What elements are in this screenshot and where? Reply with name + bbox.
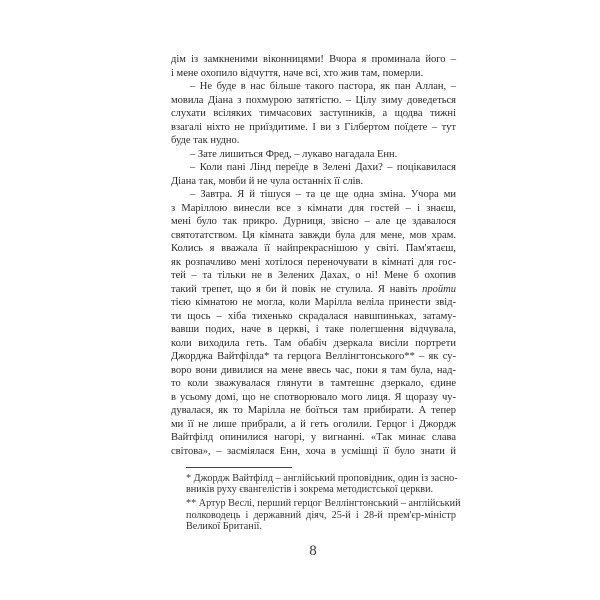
- text-line-content: буде так нудно.: [171, 135, 239, 146]
- text-line: Вайтфілд опинилися нагорі, у вигнанні. «…: [171, 431, 456, 445]
- text-line-content: в усьому домі, що не спотворювало мого л…: [171, 392, 456, 403]
- text-line: такий трепет, що я би й повік не стулила…: [171, 283, 456, 297]
- text-line: в усьому домі, що не спотворювало мого л…: [171, 391, 456, 405]
- footnote-line: ** Артур Веслі, перший герцог Веллінгтон…: [186, 498, 456, 509]
- text-line-content: взагалі ніхто не приїздитиме. І ви з Гіл…: [171, 122, 456, 133]
- text-line-content: Діана так, мовби й не чула останніх її с…: [171, 176, 363, 187]
- text-line: Колись я вважала її найпрекраснішою у св…: [171, 242, 456, 256]
- text-line: мені було так прикро. Дурниця, звісно – …: [171, 215, 456, 229]
- footnote-line: Великої Британії.: [186, 521, 456, 532]
- text-line-content: такий трепет, що я би й повік не стулила…: [171, 284, 417, 295]
- text-line: тей – та тільки не в Зелених Дахах, о ні…: [171, 269, 456, 283]
- text-line: як розпачливо мені хотілося переночувати…: [171, 256, 456, 270]
- text-line: – Завтра. Я й тішуся – та це ще одна змі…: [171, 188, 456, 202]
- book-page: дім із замкненими віконницями! Вчора я п…: [0, 0, 600, 600]
- text-line-content: слухати всіляких тимчасових заступників,…: [171, 108, 456, 119]
- text-line: з Маріллою винесли все з кімнати для гос…: [171, 202, 456, 216]
- text-line-content: тей – та тільки не в Зелених Дахах, о ні…: [171, 270, 456, 281]
- footnote-line: вників руху євангелістів і зокрема метод…: [186, 484, 456, 495]
- footnote-divider: [186, 467, 292, 468]
- footnote-1: * Джордж Вайтфілд – англійський проповід…: [186, 473, 456, 495]
- text-line-content: Джорджа Вайтфілда* та герцога Веллінгтон…: [171, 351, 456, 362]
- text-line: – Коли пані Лінд переїде в Зелені Дахи? …: [171, 161, 456, 175]
- text-line: дім із замкненими віконницями! Вчора я п…: [171, 53, 456, 67]
- text-line-content: ми її не лише прибрали, а й геть оголили…: [171, 419, 456, 430]
- text-line: коли виходила геть. Там обабіч дзеркала …: [171, 337, 456, 351]
- text-line: світова», – засміялася Енн, хоча в усміш…: [171, 445, 456, 459]
- footnote-line: * Джордж Вайтфілд – англійський проповід…: [186, 473, 456, 484]
- text-line-content: світова», – засміялася Енн, хоча в усміш…: [171, 446, 456, 457]
- text-line-content: – Коли пані Лінд переїде в Зелені Дахи? …: [190, 162, 456, 173]
- footnote-line: полководець і державний діяч, 25-й і 28-…: [186, 510, 456, 521]
- body-text: дім із замкненими віконницями! Вчора я п…: [171, 53, 456, 458]
- text-line: святотатством. Ця кімната завжди була дл…: [171, 229, 456, 243]
- text-line-content: ти щось – хіба тихенько скрадалася навшп…: [171, 311, 456, 322]
- text-line: тією кімнатою не могла, коли Марілла вел…: [171, 296, 456, 310]
- text-line: – Не буде в нас більше такого пастора, я…: [171, 80, 456, 94]
- text-line: і мене охопило відчуття, наче всі, хто ж…: [171, 67, 456, 81]
- text-line-content: святотатством. Ця кімната завжди була дл…: [171, 230, 456, 241]
- text-line-content: мені було так прикро. Дурниця, звісно – …: [171, 216, 456, 227]
- text-line: воро вони дивилися на мене ввесь час, по…: [171, 364, 456, 378]
- text-line-content: дім із замкненими віконницями! Вчора я п…: [171, 54, 456, 65]
- text-line: ти щось – хіба тихенько скрадалася навшп…: [171, 310, 456, 324]
- text-line-content: то коли зважувалася глянути в тамтешнє д…: [171, 378, 456, 389]
- text-line-content: – Завтра. Я й тішуся – та це ще одна змі…: [190, 189, 456, 200]
- text-line: то коли зважувалася глянути в тамтешнє д…: [171, 377, 456, 391]
- page-number: 8: [0, 543, 600, 560]
- text-line-content: – Не буде в нас більше такого пастора, я…: [190, 81, 456, 92]
- text-line: мовила Діана з похмурою затятістю. – Ціл…: [171, 94, 456, 108]
- text-line: дувалася, як то Марілла не боїться там п…: [171, 404, 456, 418]
- text-line: ми її не лише прибрали, а й геть оголили…: [171, 418, 456, 432]
- text-line-content: воро вони дивилися на мене ввесь час, по…: [171, 365, 456, 376]
- text-line: буде так нудно.: [171, 134, 456, 148]
- text-line: Діана так, мовби й не чула останніх її с…: [171, 175, 456, 189]
- text-line-content: Колись я вважала її найпрекраснішою у св…: [171, 243, 456, 254]
- text-line-content: з Маріллою винесли все з кімнати для гос…: [171, 203, 456, 214]
- text-line-content: тією кімнатою не могла, коли Марілла вел…: [171, 297, 456, 308]
- text-line-content: коли виходила геть. Там обабіч дзеркала …: [171, 338, 456, 349]
- text-line-content: дувалася, як то Марілла не боїться там п…: [171, 405, 456, 416]
- text-line-content: вавши подих, наче в церкві, і таке полег…: [171, 324, 456, 335]
- text-line: Джорджа Вайтфілда* та герцога Веллінгтон…: [171, 350, 456, 364]
- text-line: слухати всіляких тимчасових заступників,…: [171, 107, 456, 121]
- text-line-content: – Зате лишиться Фред, – лукаво нагадала …: [190, 149, 397, 160]
- text-line: взагалі ніхто не приїздитиме. І ви з Гіл…: [171, 121, 456, 135]
- text-line-content: Вайтфілд опинилися нагорі, у вигнанні. «…: [171, 432, 456, 443]
- footnotes: * Джордж Вайтфілд – англійський проповід…: [186, 473, 456, 535]
- text-line: вавши подих, наче в церкві, і таке полег…: [171, 323, 456, 337]
- text-line-content: мовила Діана з похмурою затятістю. – Ціл…: [171, 95, 456, 106]
- italic-word: пройти: [422, 284, 456, 295]
- footnote-2: ** Артур Веслі, перший герцог Веллінгтон…: [186, 498, 456, 532]
- text-line-content: як розпачливо мені хотілося переночувати…: [171, 257, 456, 268]
- text-line: – Зате лишиться Фред, – лукаво нагадала …: [171, 148, 456, 162]
- text-line-content: і мене охопило відчуття, наче всі, хто ж…: [171, 68, 423, 79]
